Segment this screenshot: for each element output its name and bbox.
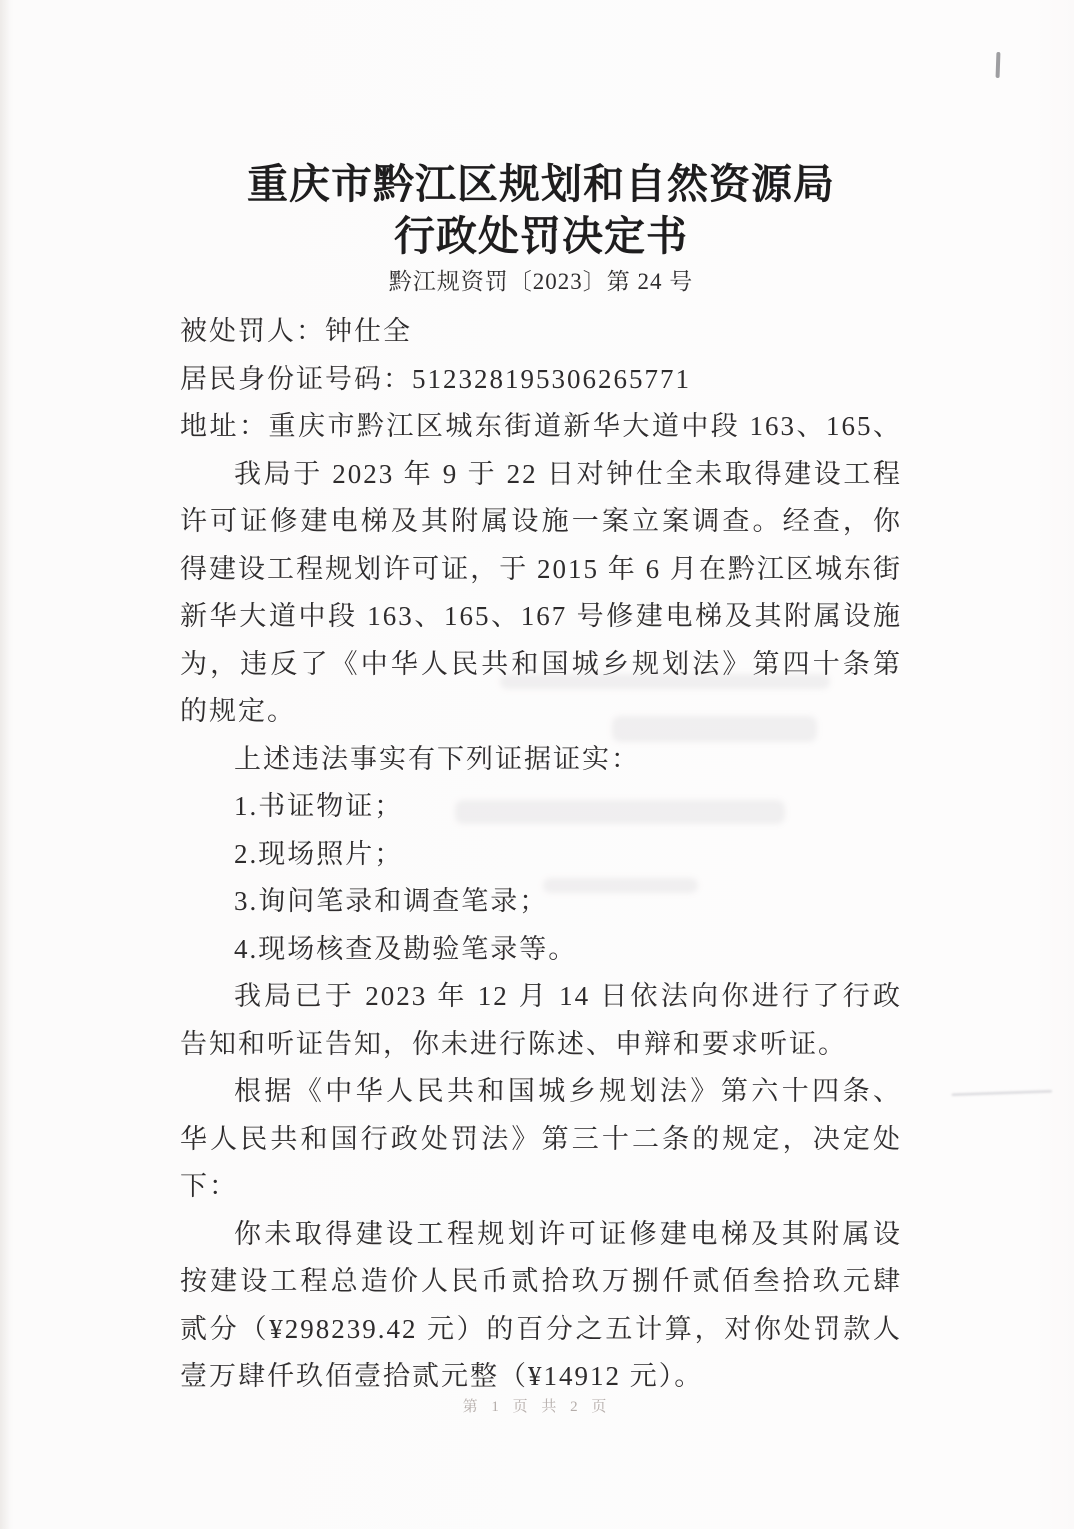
body-text-line: 为，违反了《中华人民共和国城乡规划法》第四十条第一款 <box>180 641 902 689</box>
body-text-line: 2.现场照片； <box>180 831 902 879</box>
body-text-line: 告知和听证告知，你未进行陈述、申辩和要求听证。 <box>180 1021 902 1069</box>
body-text-line: 的规定。 <box>180 688 902 736</box>
scan-artifact-pencil-mark <box>952 1090 1052 1105</box>
page-number-footer: 第 1 页 共 2 页 <box>0 1395 1074 1416</box>
scanned-document-page: 重庆市黔江区规划和自然资源局 行政处罚决定书 黔江规资罚〔2023〕第 24 号… <box>0 0 1074 1529</box>
document-content: 重庆市黔江区规划和自然资源局 行政处罚决定书 黔江规资罚〔2023〕第 24 号… <box>180 158 902 1401</box>
document-body: 被处罚人：钟仕全居民身份证号码：512328195306265771地址：重庆市… <box>180 308 902 1401</box>
body-text-line: 许可证修建电梯及其附属设施一案立案调查。经查，你未取 <box>180 498 902 546</box>
body-text-line: 按建设工程总造价人民币贰拾玖万捌仟贰佰叁拾玖元肆角 <box>180 1258 902 1306</box>
document-title-type: 行政处罚决定书 <box>180 210 902 262</box>
body-text-line: 我局已于 2023 年 12 月 14 日依法向你进行了行政处罚 <box>180 973 902 1021</box>
body-text-line: 壹万肆仟玖佰壹拾贰元整（¥14912 元）。 <box>180 1353 902 1401</box>
body-text-line: 被处罚人：钟仕全 <box>180 308 902 356</box>
body-text-line: 上述违法事实有下列证据证实： <box>180 736 902 784</box>
body-text-line: 下： <box>180 1163 902 1211</box>
body-text-line: 我局于 2023 年 9 于 22 日对钟仕全未取得建设工程规划 <box>180 451 902 499</box>
scan-edge-shading <box>0 0 10 1529</box>
body-text-line: 根据《中华人民共和国城乡规划法》第六十四条、《中 <box>180 1068 902 1116</box>
scan-artifact-tick <box>996 52 1001 78</box>
document-number: 黔江规资罚〔2023〕第 24 号 <box>180 266 902 298</box>
document-title-agency: 重庆市黔江区规划和自然资源局 <box>180 158 902 210</box>
body-text-line: 3.询问笔录和调查笔录； <box>180 878 902 926</box>
body-text-line: 华人民共和国行政处罚法》第三十二条的规定，决定处罚如 <box>180 1116 902 1164</box>
body-text-line: 得建设工程规划许可证，于 2015 年 6 月在黔江区城东街道 <box>180 546 902 594</box>
body-text-line: 地址：重庆市黔江区城东街道新华大道中段 163、165、167 号 <box>180 403 902 451</box>
body-text-line: 4.现场核查及勘验笔录等。 <box>180 926 902 974</box>
body-text-line: 居民身份证号码：512328195306265771 <box>180 356 902 404</box>
body-text-line: 1.书证物证； <box>180 783 902 831</box>
body-text-line: 你未取得建设工程规划许可证修建电梯及其附属设施， <box>180 1211 902 1259</box>
body-text-line: 贰分（¥298239.42 元）的百分之五计算，对你处罚款人民币 <box>180 1306 902 1354</box>
body-text-line: 新华大道中段 163、165、167 号修建电梯及其附属设施的行 <box>180 593 902 641</box>
